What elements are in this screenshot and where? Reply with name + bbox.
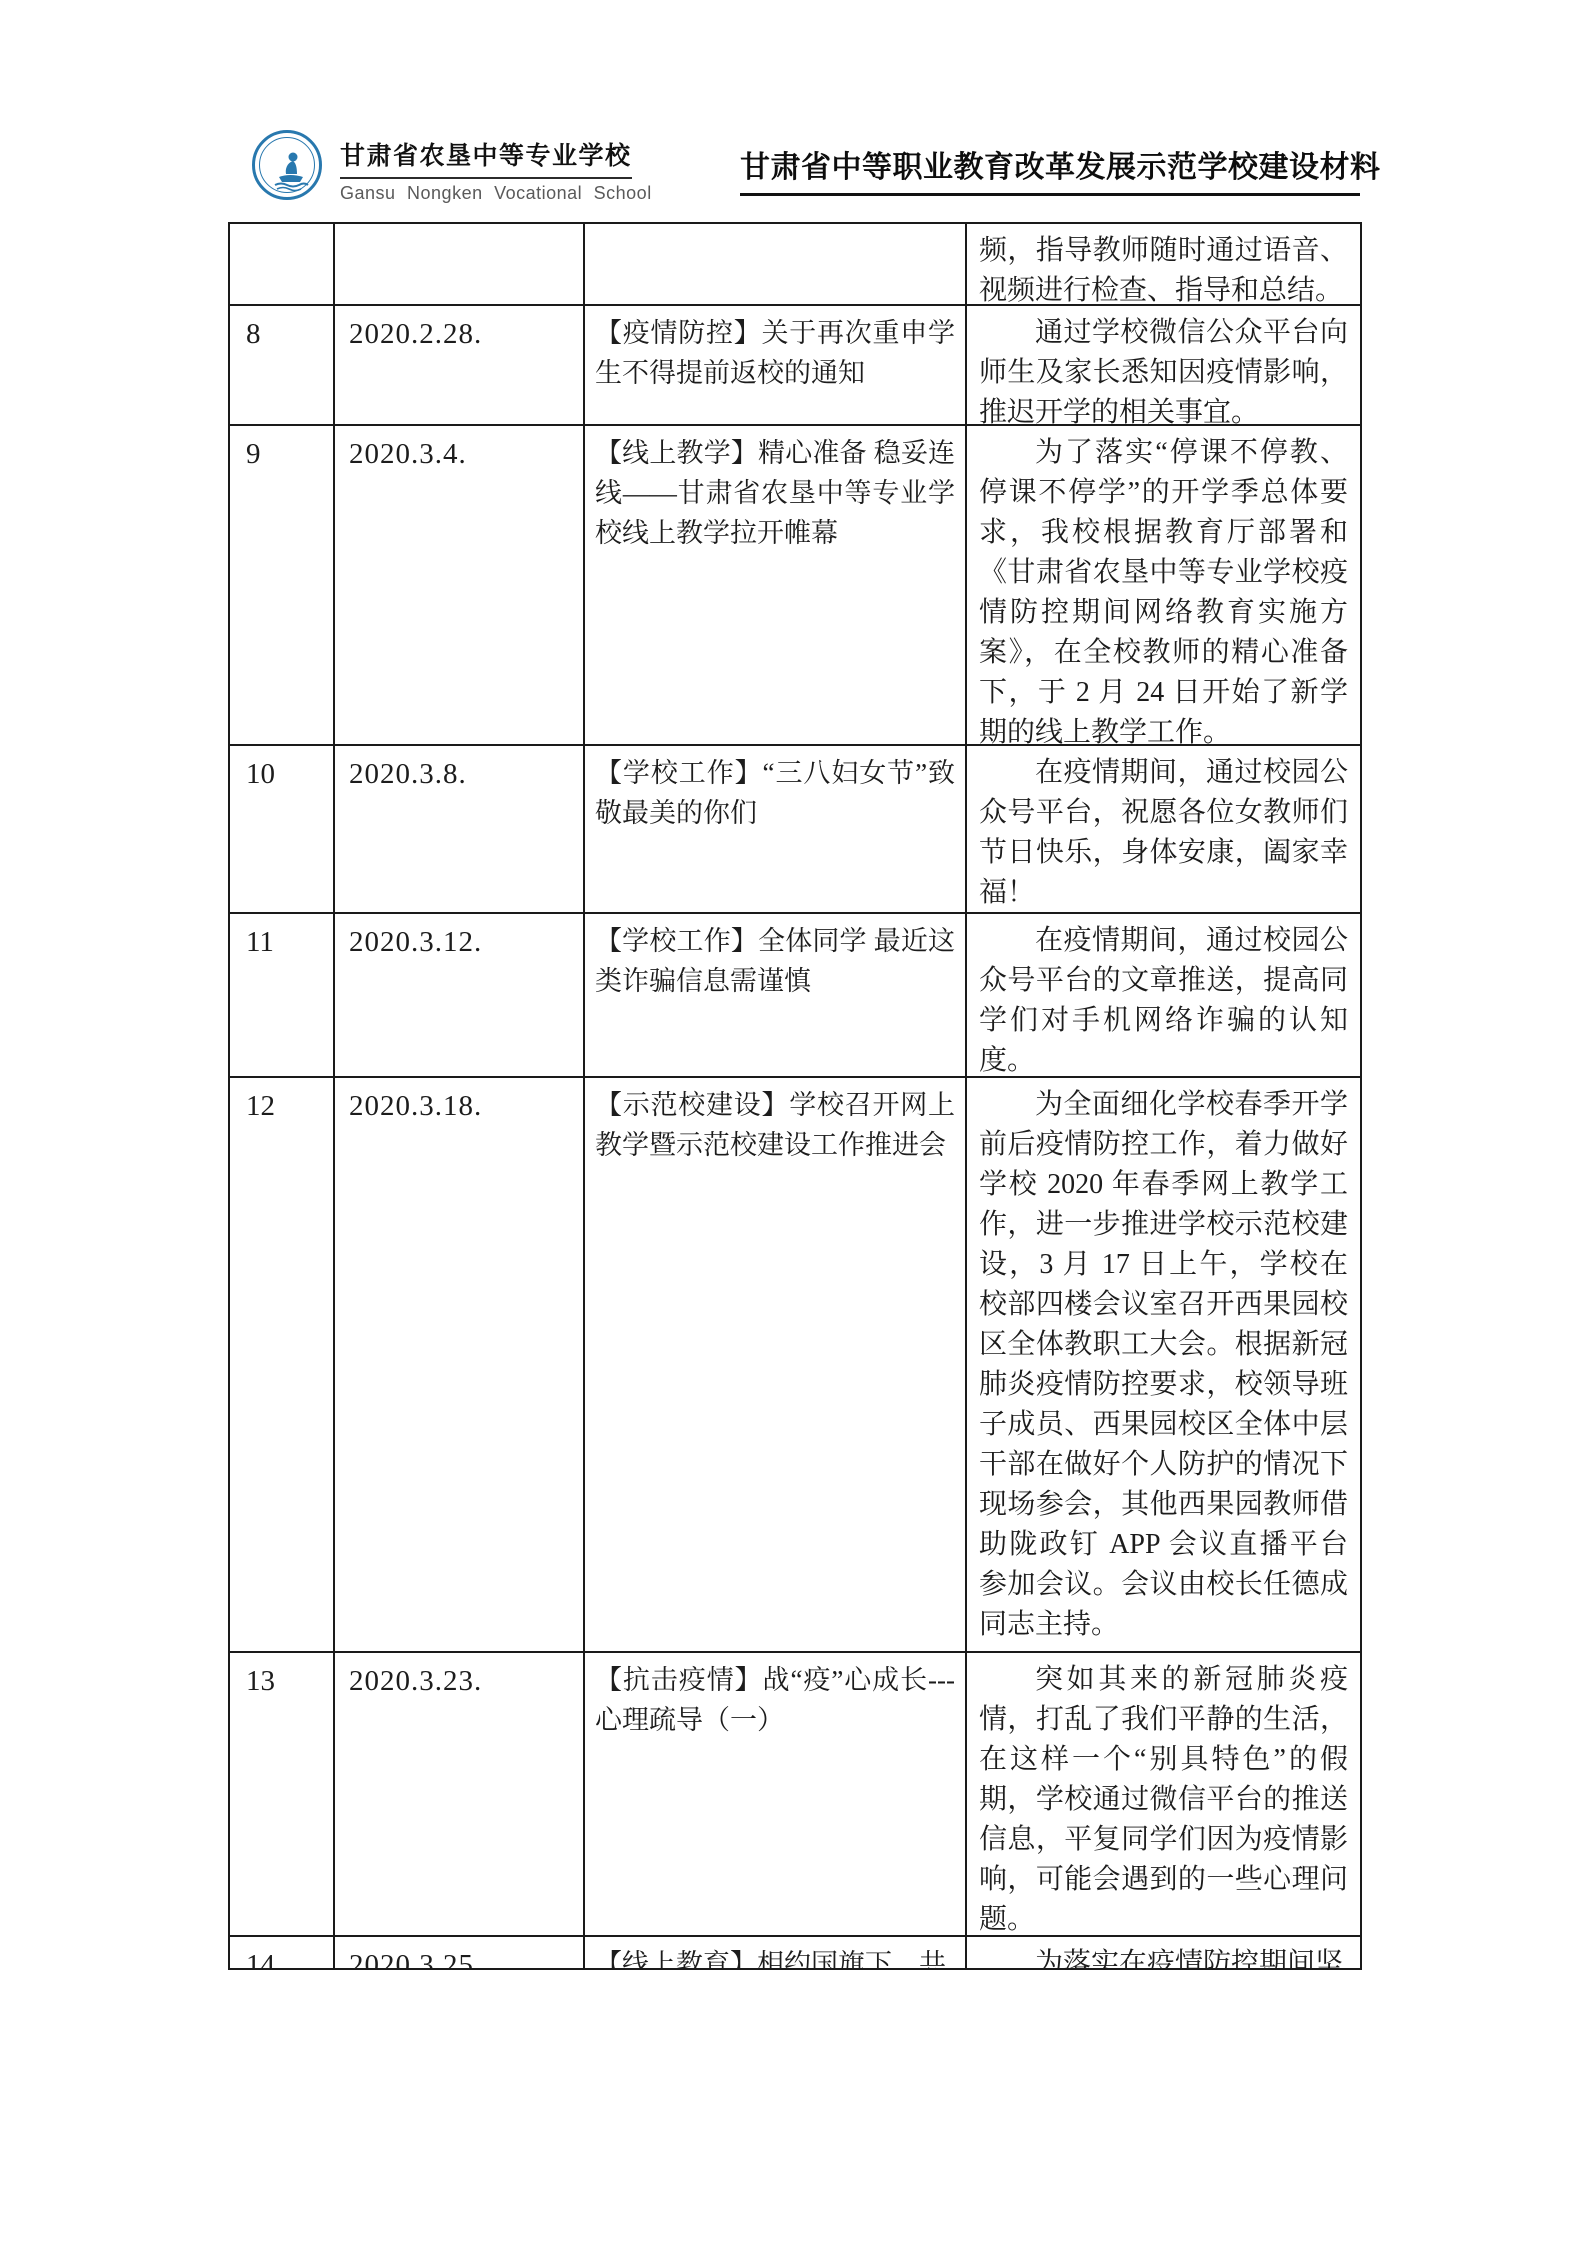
date-cell: 2020.3.25. <box>334 1936 584 1969</box>
desc-cell: 为了落实“停课不停教、停课不停学”的开学季总体要求，我校根据教育厅部署和《甘肃省… <box>966 425 1361 745</box>
date-cell: 2020.3.12. <box>334 913 584 1077</box>
school-name-block: 甘肃省农垦中等专业学校 Gansu Nongken Vocational Sch… <box>340 136 632 204</box>
row-number-cell: 11 <box>229 913 334 1077</box>
table-row: 13 2020.3.23. 【抗击疫情】战“疫”心成长---心理疏导（一） 突如… <box>229 1652 1361 1936</box>
title-cell: 【学校工作】全体同学 最近这类诈骗信息需谨慎 <box>584 913 966 1077</box>
desc-cell: 为落实在疫情防控期间坚 <box>966 1936 1361 1969</box>
desc-cell: 在疫情期间，通过校园公众号平台的文章推送，提高同学们对手机网络诈骗的认知度。 <box>966 913 1361 1077</box>
table-row: 14 2020.3.25. 【线上教育】相约国旗下，共 为落实在疫情防控期间坚 <box>229 1936 1361 1969</box>
date-cell: 2020.3.4. <box>334 425 584 745</box>
row-number-cell: 12 <box>229 1077 334 1652</box>
title-cell: 【线上教学】精心准备 稳妥连线——甘肃省农垦中等专业学校线上教学拉开帷幕 <box>584 425 966 745</box>
title-cell <box>584 223 966 305</box>
date-cell: 2020.3.8. <box>334 745 584 913</box>
date-cell: 2020.3.23. <box>334 1652 584 1936</box>
row-number-cell: 13 <box>229 1652 334 1936</box>
desc-cell: 频，指导教师随时通过语音、视频进行检查、指导和总结。 <box>966 223 1361 305</box>
document-title: 甘肃省中等职业教育改革发展示范学校建设材料 <box>740 142 1360 196</box>
row-number-cell: 8 <box>229 305 334 425</box>
table-row: 8 2020.2.28. 【疫情防控】关于再次重申学生不得提前返校的通知 通过学… <box>229 305 1361 425</box>
row-number-cell: 14 <box>229 1936 334 1969</box>
row-number-cell <box>229 223 334 305</box>
document-page: 甘肃省农垦中等专业学校 Gansu Nongken Vocational Sch… <box>0 0 1587 2245</box>
row-number-cell: 10 <box>229 745 334 913</box>
desc-cell: 通过学校微信公众平台向师生及家长悉知因疫情影响，推迟开学的相关事宜。 <box>966 305 1361 425</box>
desc-cell: 为全面细化学校春季开学前后疫情防控工作，着力做好学校 2020 年春季网上教学工… <box>966 1077 1361 1652</box>
school-name-cn: 甘肃省农垦中等专业学校 <box>340 136 632 179</box>
table-row: 频，指导教师随时通过语音、视频进行检查、指导和总结。 <box>229 223 1361 305</box>
date-cell: 2020.3.18. <box>334 1077 584 1652</box>
row-number-cell: 9 <box>229 425 334 745</box>
desc-cell: 突如其来的新冠肺炎疫情，打乱了我们平静的生活，在这样一个“别具特色”的假期，学校… <box>966 1652 1361 1936</box>
title-cell: 【学校工作】“三八妇女节”致敬最美的你们 <box>584 745 966 913</box>
date-cell <box>334 223 584 305</box>
table-row: 9 2020.3.4. 【线上教学】精心准备 稳妥连线——甘肃省农垦中等专业学校… <box>229 425 1361 745</box>
date-cell: 2020.2.28. <box>334 305 584 425</box>
school-logo <box>252 130 322 200</box>
desc-cell: 在疫情期间，通过校园公众号平台，祝愿各位女教师们节日快乐，身体安康，阖家幸福！ <box>966 745 1361 913</box>
table-row: 11 2020.3.12. 【学校工作】全体同学 最近这类诈骗信息需谨慎 在疫情… <box>229 913 1361 1077</box>
title-cell: 【线上教育】相约国旗下，共 <box>584 1936 966 1969</box>
table-row: 10 2020.3.8. 【学校工作】“三八妇女节”致敬最美的你们 在疫情期间，… <box>229 745 1361 913</box>
table-row: 12 2020.3.18. 【示范校建设】学校召开网上教学暨示范校建设工作推进会… <box>229 1077 1361 1652</box>
school-logo-ring <box>252 130 322 200</box>
title-cell: 【疫情防控】关于再次重申学生不得提前返校的通知 <box>584 305 966 425</box>
school-name-en: Gansu Nongken Vocational School <box>340 183 632 204</box>
title-cell: 【示范校建设】学校召开网上教学暨示范校建设工作推进会 <box>584 1077 966 1652</box>
news-log-table: 频，指导教师随时通过语音、视频进行检查、指导和总结。 8 2020.2.28. … <box>228 222 1362 1970</box>
title-cell: 【抗击疫情】战“疫”心成长---心理疏导（一） <box>584 1652 966 1936</box>
school-logo-emblem <box>263 141 317 195</box>
